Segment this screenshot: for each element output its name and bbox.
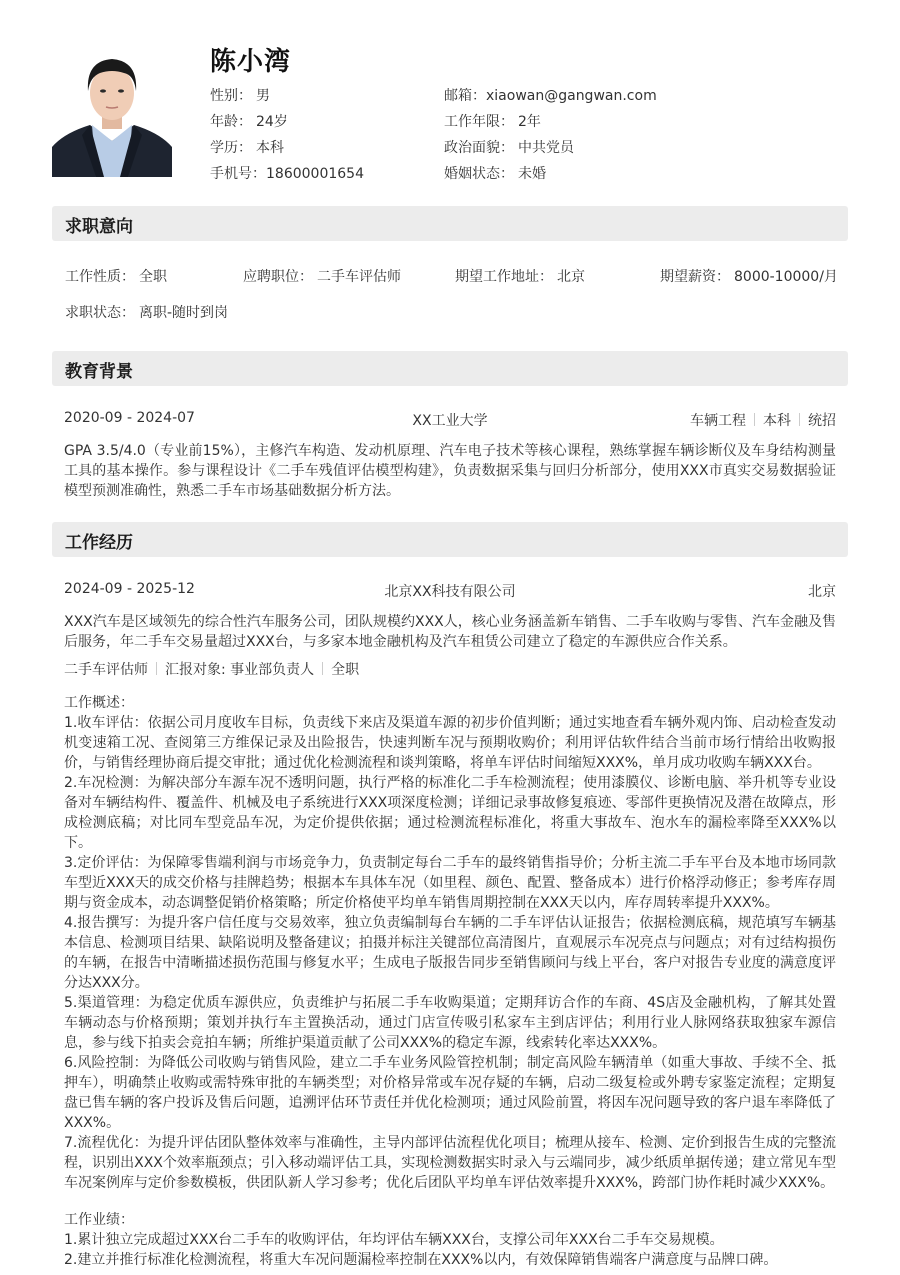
- section-title: 教育背景: [65, 357, 133, 382]
- profile-header: 陈小湾 性别：男 年龄：24岁 学历：本科 手机号：18600001654 邮箱…: [52, 45, 852, 180]
- overview-item: 7.流程优化：为提升评估团队整体效率与准确性，主导内部评估流程优化项目；梳理从接…: [64, 1133, 836, 1193]
- overview-item: 1.收车评估：依据公司月度收车目标，负责线下来店及渠道车源的初步价值判断；通过实…: [64, 713, 836, 773]
- info-political-status: 政治面貌：中共党员: [444, 135, 657, 161]
- overview-item: 2.车况检测：为解决部分车源车况不透明问题，执行严格的标准化二手车检测流程；使用…: [64, 773, 836, 853]
- intent-type: 工作性质：全职: [65, 266, 167, 286]
- work-achievements: 工作业绩： 1.累计独立完成超过XXX台二手车的收购评估，年均评估车辆XXX台，…: [64, 1210, 836, 1270]
- intent-location: 期望工作地址：北京: [455, 266, 585, 286]
- achievement-item: 2.建立并推行标准化检测流程，将重大车况问题漏检率控制在XXX%以内，有效保障销…: [64, 1250, 836, 1270]
- divider: [754, 413, 755, 426]
- company-name: 北京XX科技有限公司: [64, 581, 836, 601]
- info-age: 年龄：24岁: [210, 109, 364, 135]
- work-overview: 工作概述： 1.收车评估：依据公司月度收车目标，负责线下来店及渠道车源的初步价值…: [64, 693, 836, 1193]
- overview-item: 6.风险控制：为降低公司收购与销售风险，建立二手车业务风险管控机制；制定高风险车…: [64, 1053, 836, 1133]
- section-title: 工作经历: [65, 528, 133, 553]
- divider: [322, 662, 323, 675]
- achievements-label: 工作业绩：: [64, 1210, 836, 1230]
- achievement-item: 1.累计独立完成超过XXX台二手车的收购评估，年均评估车辆XXX台，支撑公司年X…: [64, 1230, 836, 1250]
- info-email: 邮箱：xiaowan@gangwan.com: [444, 83, 657, 109]
- basic-info-left: 性别：男 年龄：24岁 学历：本科 手机号：18600001654: [210, 83, 364, 187]
- section-job-intent: 求职意向: [52, 206, 848, 241]
- info-work-years: 工作年限：2年: [444, 109, 657, 135]
- profile-photo: [52, 45, 172, 177]
- company-intro: XXX汽车是区域领先的综合性汽车服务公司，团队规模约XXX人，核心业务涵盖新车销…: [64, 612, 836, 652]
- intent-salary: 期望薪资：8000-10000/月: [660, 266, 838, 286]
- education-description: GPA 3.5/4.0（专业前15%），主修汽车构造、发动机原理、汽车电子技术等…: [64, 441, 836, 501]
- info-education: 学历：本科: [210, 135, 364, 161]
- section-education: 教育背景: [52, 351, 848, 386]
- overview-label: 工作概述：: [64, 693, 836, 713]
- avatar-photo-icon: [52, 45, 172, 177]
- info-marital-status: 婚姻状态：未婚: [444, 161, 657, 187]
- divider: [799, 413, 800, 426]
- divider: [156, 662, 157, 675]
- section-title: 求职意向: [65, 212, 133, 237]
- work-tags: 二手车评估师汇报对象: 事业部负责人全职: [64, 659, 359, 679]
- overview-item: 3.定价评估：为保障零售端利润与市场竞争力，负责制定每台二手车的最终销售指导价；…: [64, 853, 836, 913]
- work-entry-header: 2024-09 - 2025-12 北京XX科技有限公司 北京: [64, 581, 836, 601]
- overview-item: 5.渠道管理：为稳定优质车源供应，负责维护与拓展二手车收购渠道；定期拜访合作的车…: [64, 993, 836, 1053]
- intent-position: 应聘职位：二手车评估师: [243, 266, 401, 286]
- intent-status: 求职状态：离职-随时到岗: [65, 302, 228, 322]
- work-location: 北京: [808, 581, 836, 601]
- info-phone: 手机号：18600001654: [210, 161, 364, 187]
- education-details: 车辆工程本科统招: [690, 410, 836, 430]
- education-entry-header: 2020-09 - 2024-07 XX工业大学 车辆工程本科统招: [64, 410, 836, 430]
- section-work-experience: 工作经历: [52, 522, 848, 557]
- overview-item: 4.报告撰写：为提升客户信任度与交易效率，独立负责编制每台车辆的二手车评估认证报…: [64, 913, 836, 993]
- candidate-name: 陈小湾: [210, 41, 291, 78]
- basic-info-right: 邮箱：xiaowan@gangwan.com 工作年限：2年 政治面貌：中共党员…: [444, 83, 657, 187]
- info-gender: 性别：男: [210, 83, 364, 109]
